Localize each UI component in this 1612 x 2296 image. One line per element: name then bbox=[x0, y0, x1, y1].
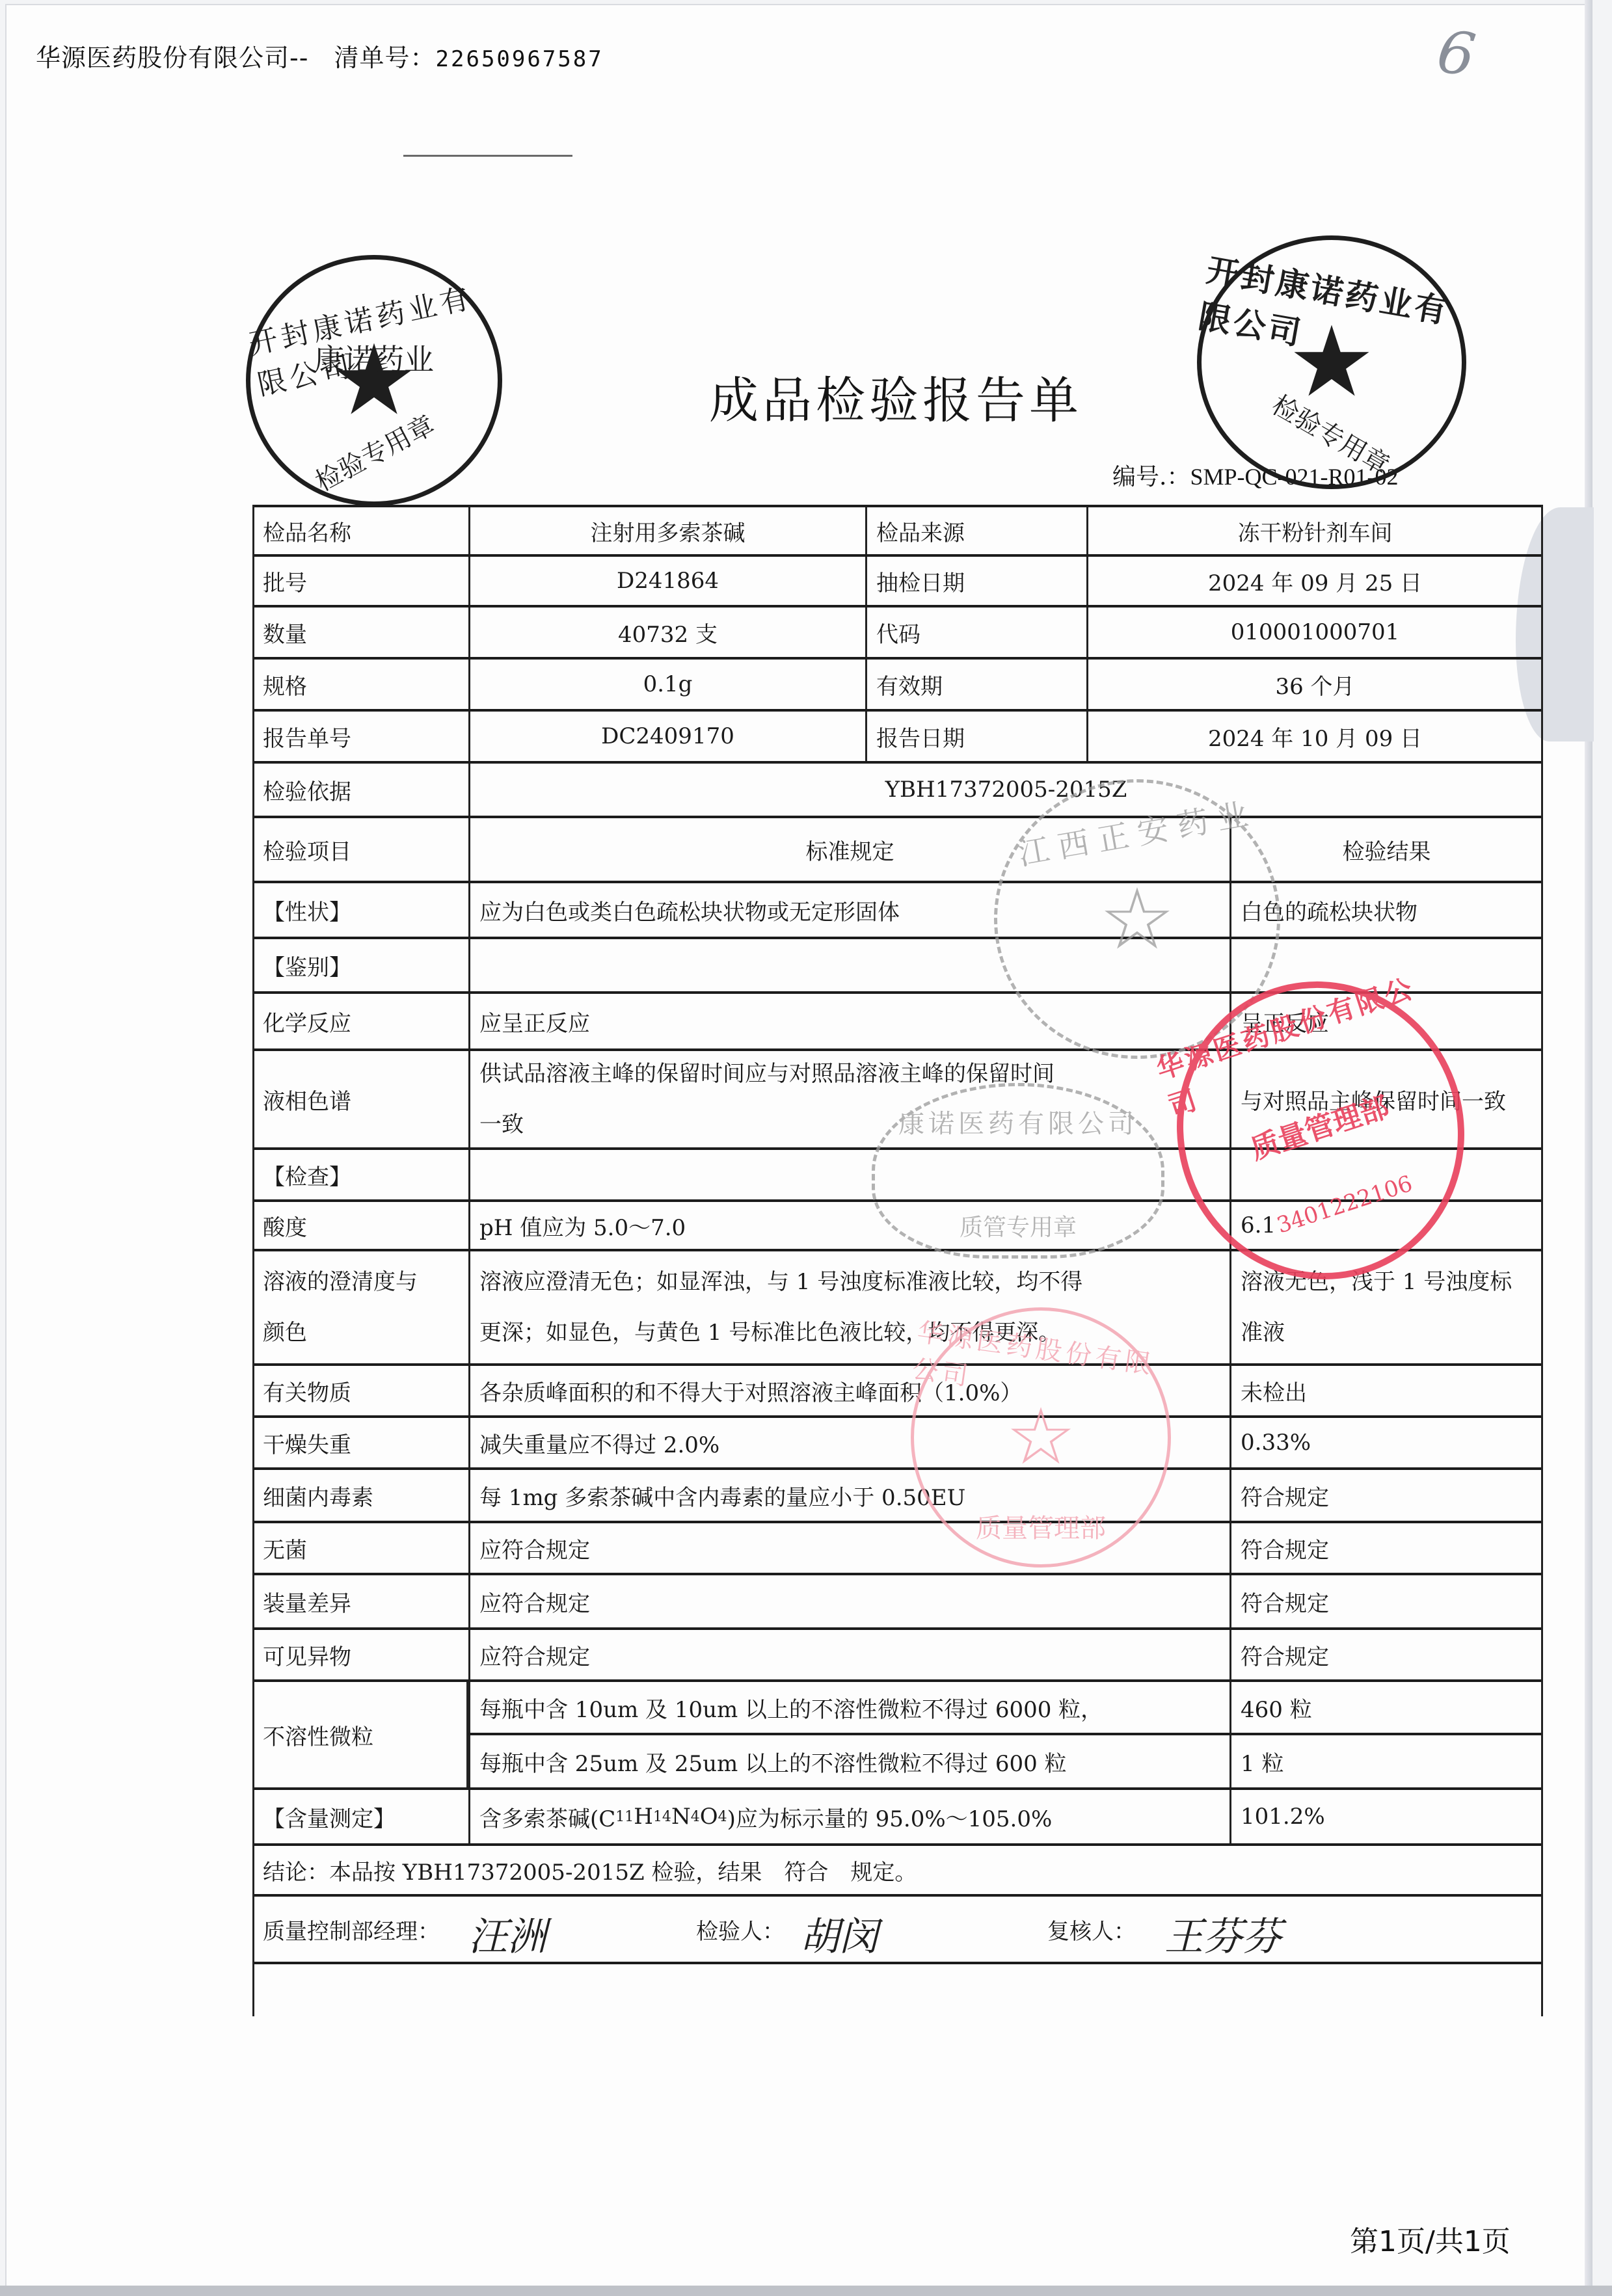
header-list-label: 清单号： bbox=[334, 44, 436, 72]
info-value-2: 2024 年 09 月 25 日 bbox=[1086, 557, 1542, 605]
particles-subrow: 每瓶中含 10um 及 10um 以上的不溶性微粒不得过 6000 粒，460 … bbox=[468, 1682, 1542, 1735]
assay-row: 【含量测定】含多索茶碱(C11H14N4O4)应为标示量的 95.0%～105.… bbox=[254, 1790, 1542, 1846]
assay-item: 【含量测定】 bbox=[254, 1790, 468, 1843]
test-row: 【检查】 bbox=[254, 1150, 1542, 1202]
test-standard bbox=[468, 939, 1229, 991]
info-label-2: 检品来源 bbox=[865, 507, 1086, 554]
info-label: 批号 bbox=[254, 557, 468, 605]
test-item: 液相色谱 bbox=[254, 1051, 468, 1147]
info-row: 检品名称注射用多索茶碱检品来源冻干粉针剂车间 bbox=[254, 505, 1542, 557]
test-item: 【检查】 bbox=[254, 1150, 468, 1199]
test-standard: 应符合规定 bbox=[468, 1630, 1229, 1679]
inspection-table: 检品名称注射用多索茶碱检品来源冻干粉针剂车间批号D241864抽检日期2024 … bbox=[254, 505, 1542, 1964]
test-row: 【性状】应为白色或类白色疏松块状物或无定形固体白色的疏松块状物 bbox=[254, 883, 1542, 939]
test-item-line: 颜色 bbox=[263, 1307, 307, 1358]
test-row: 装量差异应符合规定符合规定 bbox=[254, 1575, 1542, 1630]
assay-standard-part: 4 bbox=[718, 1809, 727, 1825]
assay-standard-part: N bbox=[671, 1804, 691, 1830]
assay-standard-part: 含多索茶碱(C bbox=[479, 1801, 615, 1833]
test-standard: 每 1mg 多索茶碱中含内毒素的量应小于 0.50EU bbox=[468, 1470, 1229, 1521]
test-row: 溶液的澄清度与颜色溶液应澄清无色；如显浑浊，与 1 号浊度标准液比较，均不得更深… bbox=[254, 1251, 1542, 1366]
test-result: 未检出 bbox=[1229, 1366, 1542, 1415]
test-result-line: 准液 bbox=[1241, 1307, 1285, 1358]
basis-label: 检验依据 bbox=[254, 764, 468, 816]
test-result: 溶液无色，浅于 1 号浊度标准液 bbox=[1229, 1251, 1542, 1363]
test-row: 【鉴别】 bbox=[254, 939, 1542, 994]
info-label-2: 报告日期 bbox=[865, 712, 1086, 761]
info-label: 规格 bbox=[254, 660, 468, 709]
info-value: 注射用多索茶碱 bbox=[468, 507, 865, 554]
test-standard: 供试品溶液主峰的保留时间应与对照品溶液主峰的保留时间一致 bbox=[468, 1051, 1229, 1147]
test-item: 有关物质 bbox=[254, 1366, 468, 1415]
test-item: 干燥失重 bbox=[254, 1418, 468, 1467]
particles-subrow: 每瓶中含 25um 及 25um 以上的不溶性微粒不得过 600 粒1 粒 bbox=[468, 1735, 1542, 1787]
scan-scratch bbox=[403, 155, 572, 157]
test-standard: 应呈正反应 bbox=[468, 994, 1229, 1048]
doc-number-label: 编号.： bbox=[1112, 464, 1190, 490]
test-header-row: 检验项目标准规定检验结果 bbox=[254, 818, 1542, 883]
test-result bbox=[1229, 1150, 1542, 1199]
test-item: 【鉴别】 bbox=[254, 939, 468, 991]
qc-manager-signature: 汪洲 bbox=[468, 1906, 546, 1962]
reviewer-signature: 王芬芬 bbox=[1164, 1906, 1282, 1962]
info-label-2: 抽检日期 bbox=[865, 557, 1086, 605]
test-result: 符合规定 bbox=[1229, 1575, 1542, 1627]
test-result: 符合规定 bbox=[1229, 1470, 1542, 1521]
test-result: 呈正反应 bbox=[1229, 994, 1542, 1048]
header-result: 检验结果 bbox=[1229, 818, 1542, 881]
doc-number-value: SMP-QC-021-R01-02 bbox=[1190, 464, 1398, 490]
info-value-2: 010001000701 bbox=[1086, 607, 1542, 657]
conclusion-text: 结论：本品按 YBH17372005-2015Z 检验，结果 符合 规定。 bbox=[254, 1846, 1542, 1894]
test-row: 有关物质各杂质峰面积的和不得大于对照溶液主峰面积（1.0%）未检出 bbox=[254, 1366, 1542, 1418]
info-value-2: 2024 年 10 月 09 日 bbox=[1086, 712, 1542, 761]
header-item: 检验项目 bbox=[254, 818, 468, 881]
test-row: 酸度pH 值应为 5.0～7.06.1 bbox=[254, 1202, 1542, 1251]
info-value: 40732 支 bbox=[468, 607, 865, 657]
test-item: 无菌 bbox=[254, 1523, 468, 1573]
particles-item: 不溶性微粒 bbox=[254, 1682, 468, 1787]
info-row: 数量40732 支代码010001000701 bbox=[254, 607, 1542, 660]
test-row: 可见异物应符合规定符合规定 bbox=[254, 1630, 1542, 1682]
particles-standard: 每瓶中含 10um 及 10um 以上的不溶性微粒不得过 6000 粒， bbox=[468, 1682, 1229, 1733]
test-standard: 溶液应澄清无色；如显浑浊，与 1 号浊度标准液比较，均不得更深；如显色，与黄色 … bbox=[468, 1251, 1229, 1363]
test-item: 装量差异 bbox=[254, 1575, 468, 1627]
test-standard-line: 供试品溶液主峰的保留时间应与对照品溶液主峰的保留时间 bbox=[479, 1048, 1055, 1099]
basis-value: YBH17372005-2015Z bbox=[468, 764, 1542, 816]
info-value: 0.1g bbox=[468, 660, 865, 709]
info-label: 检品名称 bbox=[254, 507, 468, 554]
assay-result: 101.2% bbox=[1229, 1790, 1542, 1843]
test-result-line: 溶液无色，浅于 1 号浊度标 bbox=[1241, 1257, 1512, 1307]
test-item: 【性状】 bbox=[254, 883, 468, 937]
test-item: 细菌内毒素 bbox=[254, 1470, 468, 1521]
test-standard: 各杂质峰面积的和不得大于对照溶液主峰面积（1.0%） bbox=[468, 1366, 1229, 1415]
test-row: 无菌应符合规定符合规定 bbox=[254, 1523, 1542, 1575]
particles-standard: 每瓶中含 25um 及 25um 以上的不溶性微粒不得过 600 粒 bbox=[468, 1735, 1229, 1787]
header-line: 华源医药股份有限公司-- 清单号：22650967587 bbox=[36, 38, 604, 73]
assay-standard-part: H bbox=[634, 1804, 653, 1830]
assay-standard-part: O bbox=[700, 1804, 718, 1830]
test-item: 酸度 bbox=[254, 1202, 468, 1249]
test-standard: pH 值应为 5.0～7.0 bbox=[468, 1202, 1229, 1249]
qc-manager-label: 质量控制部经理： bbox=[263, 1897, 440, 1962]
info-row: 规格0.1g有效期36 个月 bbox=[254, 660, 1542, 712]
test-item: 化学反应 bbox=[254, 994, 468, 1048]
info-label: 数量 bbox=[254, 607, 468, 657]
test-item: 溶液的澄清度与颜色 bbox=[254, 1251, 468, 1363]
test-standard: 减失重量应不得过 2.0% bbox=[468, 1418, 1229, 1467]
test-standard: 应符合规定 bbox=[468, 1575, 1229, 1627]
inspector-label: 检验人： bbox=[696, 1897, 785, 1962]
test-standard: 应符合规定 bbox=[468, 1523, 1229, 1573]
test-standard: 应为白色或类白色疏松块状物或无定形固体 bbox=[468, 883, 1229, 937]
assay-standard-part: 14 bbox=[653, 1809, 671, 1825]
info-value-2: 36 个月 bbox=[1086, 660, 1542, 709]
test-item-line: 溶液的澄清度与 bbox=[263, 1257, 418, 1307]
info-value: D241864 bbox=[468, 557, 865, 605]
test-row: 化学反应应呈正反应呈正反应 bbox=[254, 994, 1542, 1051]
info-label-2: 有效期 bbox=[865, 660, 1086, 709]
test-result: 与对照品主峰保留时间一致 bbox=[1229, 1051, 1542, 1147]
report-title: 成品检验报告单 bbox=[709, 361, 1082, 432]
assay-standard-part: 11 bbox=[615, 1809, 634, 1825]
reviewer-label: 复核人： bbox=[1047, 1897, 1136, 1962]
test-result: 符合规定 bbox=[1229, 1523, 1542, 1573]
info-value: DC2409170 bbox=[468, 712, 865, 761]
particles-result: 1 粒 bbox=[1229, 1735, 1542, 1787]
page-edge bbox=[1585, 0, 1592, 2296]
header-company: 华源医药股份有限公司-- bbox=[36, 44, 308, 72]
conclusion-row: 结论：本品按 YBH17372005-2015Z 检验，结果 符合 规定。 bbox=[254, 1846, 1542, 1897]
particles-result: 460 粒 bbox=[1229, 1682, 1542, 1733]
inspector-signature: 胡闵 bbox=[800, 1906, 878, 1962]
info-row: 批号D241864抽检日期2024 年 09 月 25 日 bbox=[254, 557, 1542, 607]
test-standard-line: 更深；如显色，与黄色 1 号标准比色液比较，均不得更深。 bbox=[479, 1307, 1060, 1358]
assay-standard: 含多索茶碱(C11H14N4O4)应为标示量的 95.0%～105.0% bbox=[468, 1790, 1229, 1843]
doc-number: 编号.：SMP-QC-021-R01-02 bbox=[1112, 459, 1398, 492]
header-list-number: 22650967587 bbox=[436, 46, 604, 72]
test-row: 液相色谱供试品溶液主峰的保留时间应与对照品溶液主峰的保留时间一致与对照品主峰保留… bbox=[254, 1051, 1542, 1150]
test-result bbox=[1229, 939, 1542, 991]
info-label: 报告单号 bbox=[254, 712, 468, 761]
test-standard bbox=[468, 1150, 1229, 1199]
page-number: 第1页/共1页 bbox=[1350, 2218, 1511, 2260]
test-result: 白色的疏松块状物 bbox=[1229, 883, 1542, 937]
assay-standard-part: 4 bbox=[691, 1809, 700, 1825]
info-value-2: 冻干粉针剂车间 bbox=[1086, 507, 1542, 554]
test-row: 干燥失重减失重量应不得过 2.0%0.33% bbox=[254, 1418, 1542, 1470]
test-result: 6.1 bbox=[1229, 1202, 1542, 1249]
test-row: 细菌内毒素每 1mg 多索茶碱中含内毒素的量应小于 0.50EU符合规定 bbox=[254, 1470, 1542, 1523]
particles-row: 不溶性微粒每瓶中含 10um 及 10um 以上的不溶性微粒不得过 6000 粒… bbox=[254, 1682, 1542, 1790]
info-row: 报告单号DC2409170报告日期2024 年 10 月 09 日 bbox=[254, 712, 1542, 764]
test-result: 符合规定 bbox=[1229, 1630, 1542, 1679]
basis-row: 检验依据YBH17372005-2015Z bbox=[254, 764, 1542, 818]
test-result: 0.33% bbox=[1229, 1418, 1542, 1467]
info-label-2: 代码 bbox=[865, 607, 1086, 657]
test-standard-line: 溶液应澄清无色；如显浑浊，与 1 号浊度标准液比较，均不得 bbox=[479, 1257, 1082, 1307]
signature-row: 质量控制部经理：汪洲检验人：胡闵复核人：王芬芬 bbox=[254, 1897, 1542, 1964]
test-standard-line: 一致 bbox=[479, 1099, 524, 1150]
test-item: 可见异物 bbox=[254, 1630, 468, 1679]
header-standard: 标准规定 bbox=[468, 818, 1229, 881]
page-bottom-edge bbox=[0, 2286, 1612, 2296]
assay-standard-part: )应为标示量的 95.0%～105.0% bbox=[727, 1801, 1053, 1833]
